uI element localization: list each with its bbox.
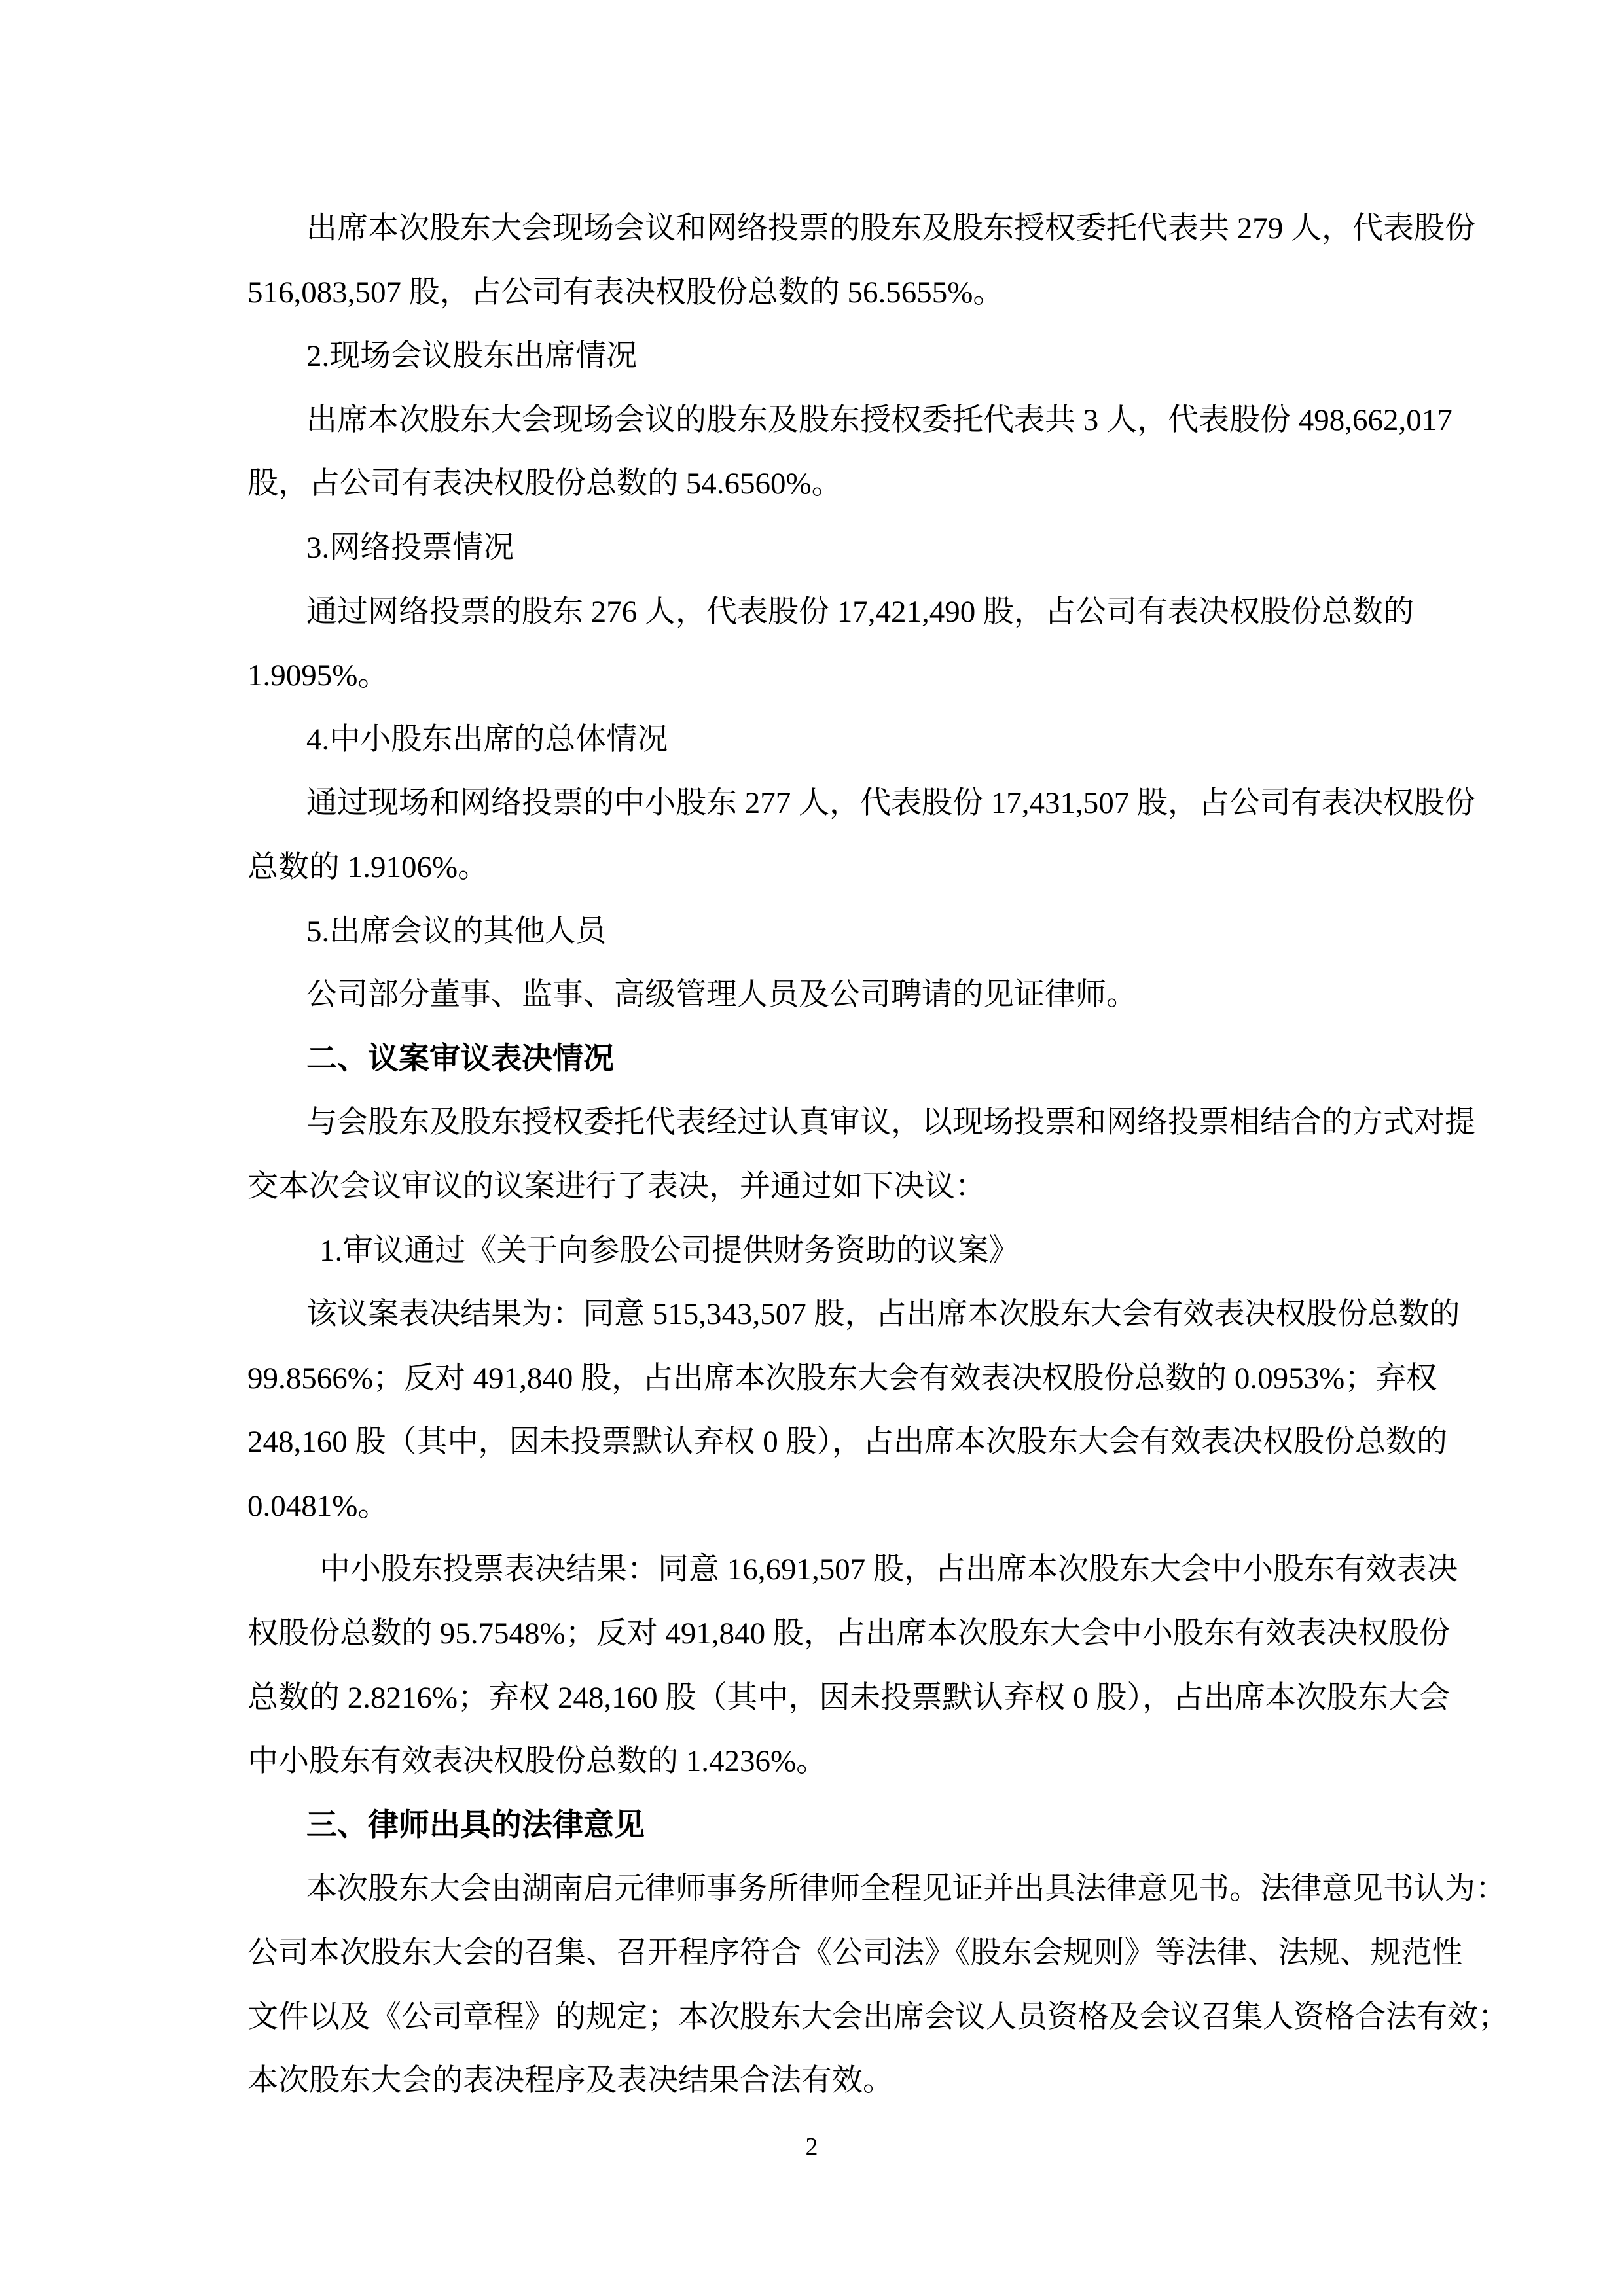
paragraph-total-attendance-line-2: 516,083,507 股，占公司有表决权股份总数的 56.5655%。: [247, 261, 1377, 325]
subheading-online-voting: 3.网络投票情况: [247, 516, 1377, 581]
paragraph-resolution-1-result-line-1: 该议案表决结果为：同意 515,343,507 股，占出席本次股东大会有效表决权…: [247, 1283, 1377, 1347]
paragraph-onsite-attendance-line-1: 出席本次股东大会现场会议的股东及股东授权委托代表共 3 人，代表股份 498,6…: [247, 389, 1377, 453]
paragraph-resolution-1-result-line-4: 0.0481%。: [247, 1475, 1377, 1539]
paragraph-resolution-1-result-line-2: 99.8566%；反对 491,840 股，占出席本次股东大会有效表决权股份总数…: [247, 1347, 1377, 1411]
paragraph-minority-attendance-line-2: 总数的 1.9106%。: [247, 836, 1377, 900]
paragraph-other-attendees: 公司部分董事、监事、高级管理人员及公司聘请的见证律师。: [247, 963, 1377, 1028]
document-page: 出席本次股东大会现场会议和网络投票的股东及股东授权委托代表共 279 人，代表股…: [0, 0, 1624, 2296]
paragraph-total-attendance-line-1: 出席本次股东大会现场会议和网络投票的股东及股东授权委托代表共 279 人，代表股…: [247, 197, 1377, 261]
paragraph-minority-result-line-3: 总数的 2.8216%；弃权 248,160 股（其中，因未投票默认弃权 0 股…: [247, 1666, 1377, 1731]
paragraph-legal-opinion-line-1: 本次股东大会由湖南启元律师事务所律师全程见证并出具法律意见书。法律意见书认为：: [247, 1857, 1377, 1922]
subheading-other-attendees: 5.出席会议的其他人员: [247, 900, 1377, 964]
section-heading-legal-opinion: 三、律师出具的法律意见: [247, 1794, 1377, 1858]
paragraph-legal-opinion-line-3: 文件以及《公司章程》的规定；本次股东大会出席会议人员资格及会议召集人资格合法有效…: [247, 1986, 1377, 2050]
paragraph-legal-opinion-line-2: 公司本次股东大会的召集、召开程序符合《公司法》《股东会规则》等法律、法规、规范性: [247, 1922, 1377, 1986]
paragraph-review-intro-line-2: 交本次会议审议的议案进行了表决，并通过如下决议：: [247, 1155, 1377, 1219]
paragraph-resolution-1-result-line-3: 248,160 股（其中，因未投票默认弃权 0 股），占出席本次股东大会有效表决…: [247, 1410, 1377, 1475]
paragraph-minority-attendance-line-1: 通过现场和网络投票的中小股东 277 人，代表股份 17,431,507 股，占…: [247, 772, 1377, 836]
paragraph-onsite-attendance-line-2: 股，占公司有表决权股份总数的 54.6560%。: [247, 452, 1377, 516]
paragraph-minority-result-line-1: 中小股东投票表决结果：同意 16,691,507 股，占出席本次股东大会中小股东…: [247, 1538, 1377, 1602]
document-body: 出席本次股东大会现场会议和网络投票的股东及股东授权委托代表共 279 人，代表股…: [247, 197, 1377, 2113]
paragraph-online-voting-line-2: 1.9095%。: [247, 644, 1377, 708]
section-heading-proposal-review: 二、议案审议表决情况: [247, 1028, 1377, 1092]
paragraph-review-intro-line-1: 与会股东及股东授权委托代表经过认真审议，以现场投票和网络投票相结合的方式对提: [247, 1091, 1377, 1155]
subheading-minority-attendance: 4.中小股东出席的总体情况: [247, 708, 1377, 772]
resolution-title-1: 1.审议通过《关于向参股公司提供财务资助的议案》: [247, 1219, 1377, 1283]
paragraph-minority-result-line-4: 中小股东有效表决权股份总数的 1.4236%。: [247, 1730, 1377, 1794]
paragraph-online-voting-line-1: 通过网络投票的股东 276 人，代表股份 17,421,490 股，占公司有表决…: [247, 581, 1377, 645]
paragraph-minority-result-line-2: 权股份总数的 95.7548%；反对 491,840 股，占出席本次股东大会中小…: [247, 1602, 1377, 1666]
paragraph-legal-opinion-line-4: 本次股东大会的表决程序及表决结果合法有效。: [247, 2049, 1377, 2113]
subheading-onsite-attendance: 2.现场会议股东出席情况: [247, 325, 1377, 389]
page-number: 2: [746, 2130, 877, 2163]
